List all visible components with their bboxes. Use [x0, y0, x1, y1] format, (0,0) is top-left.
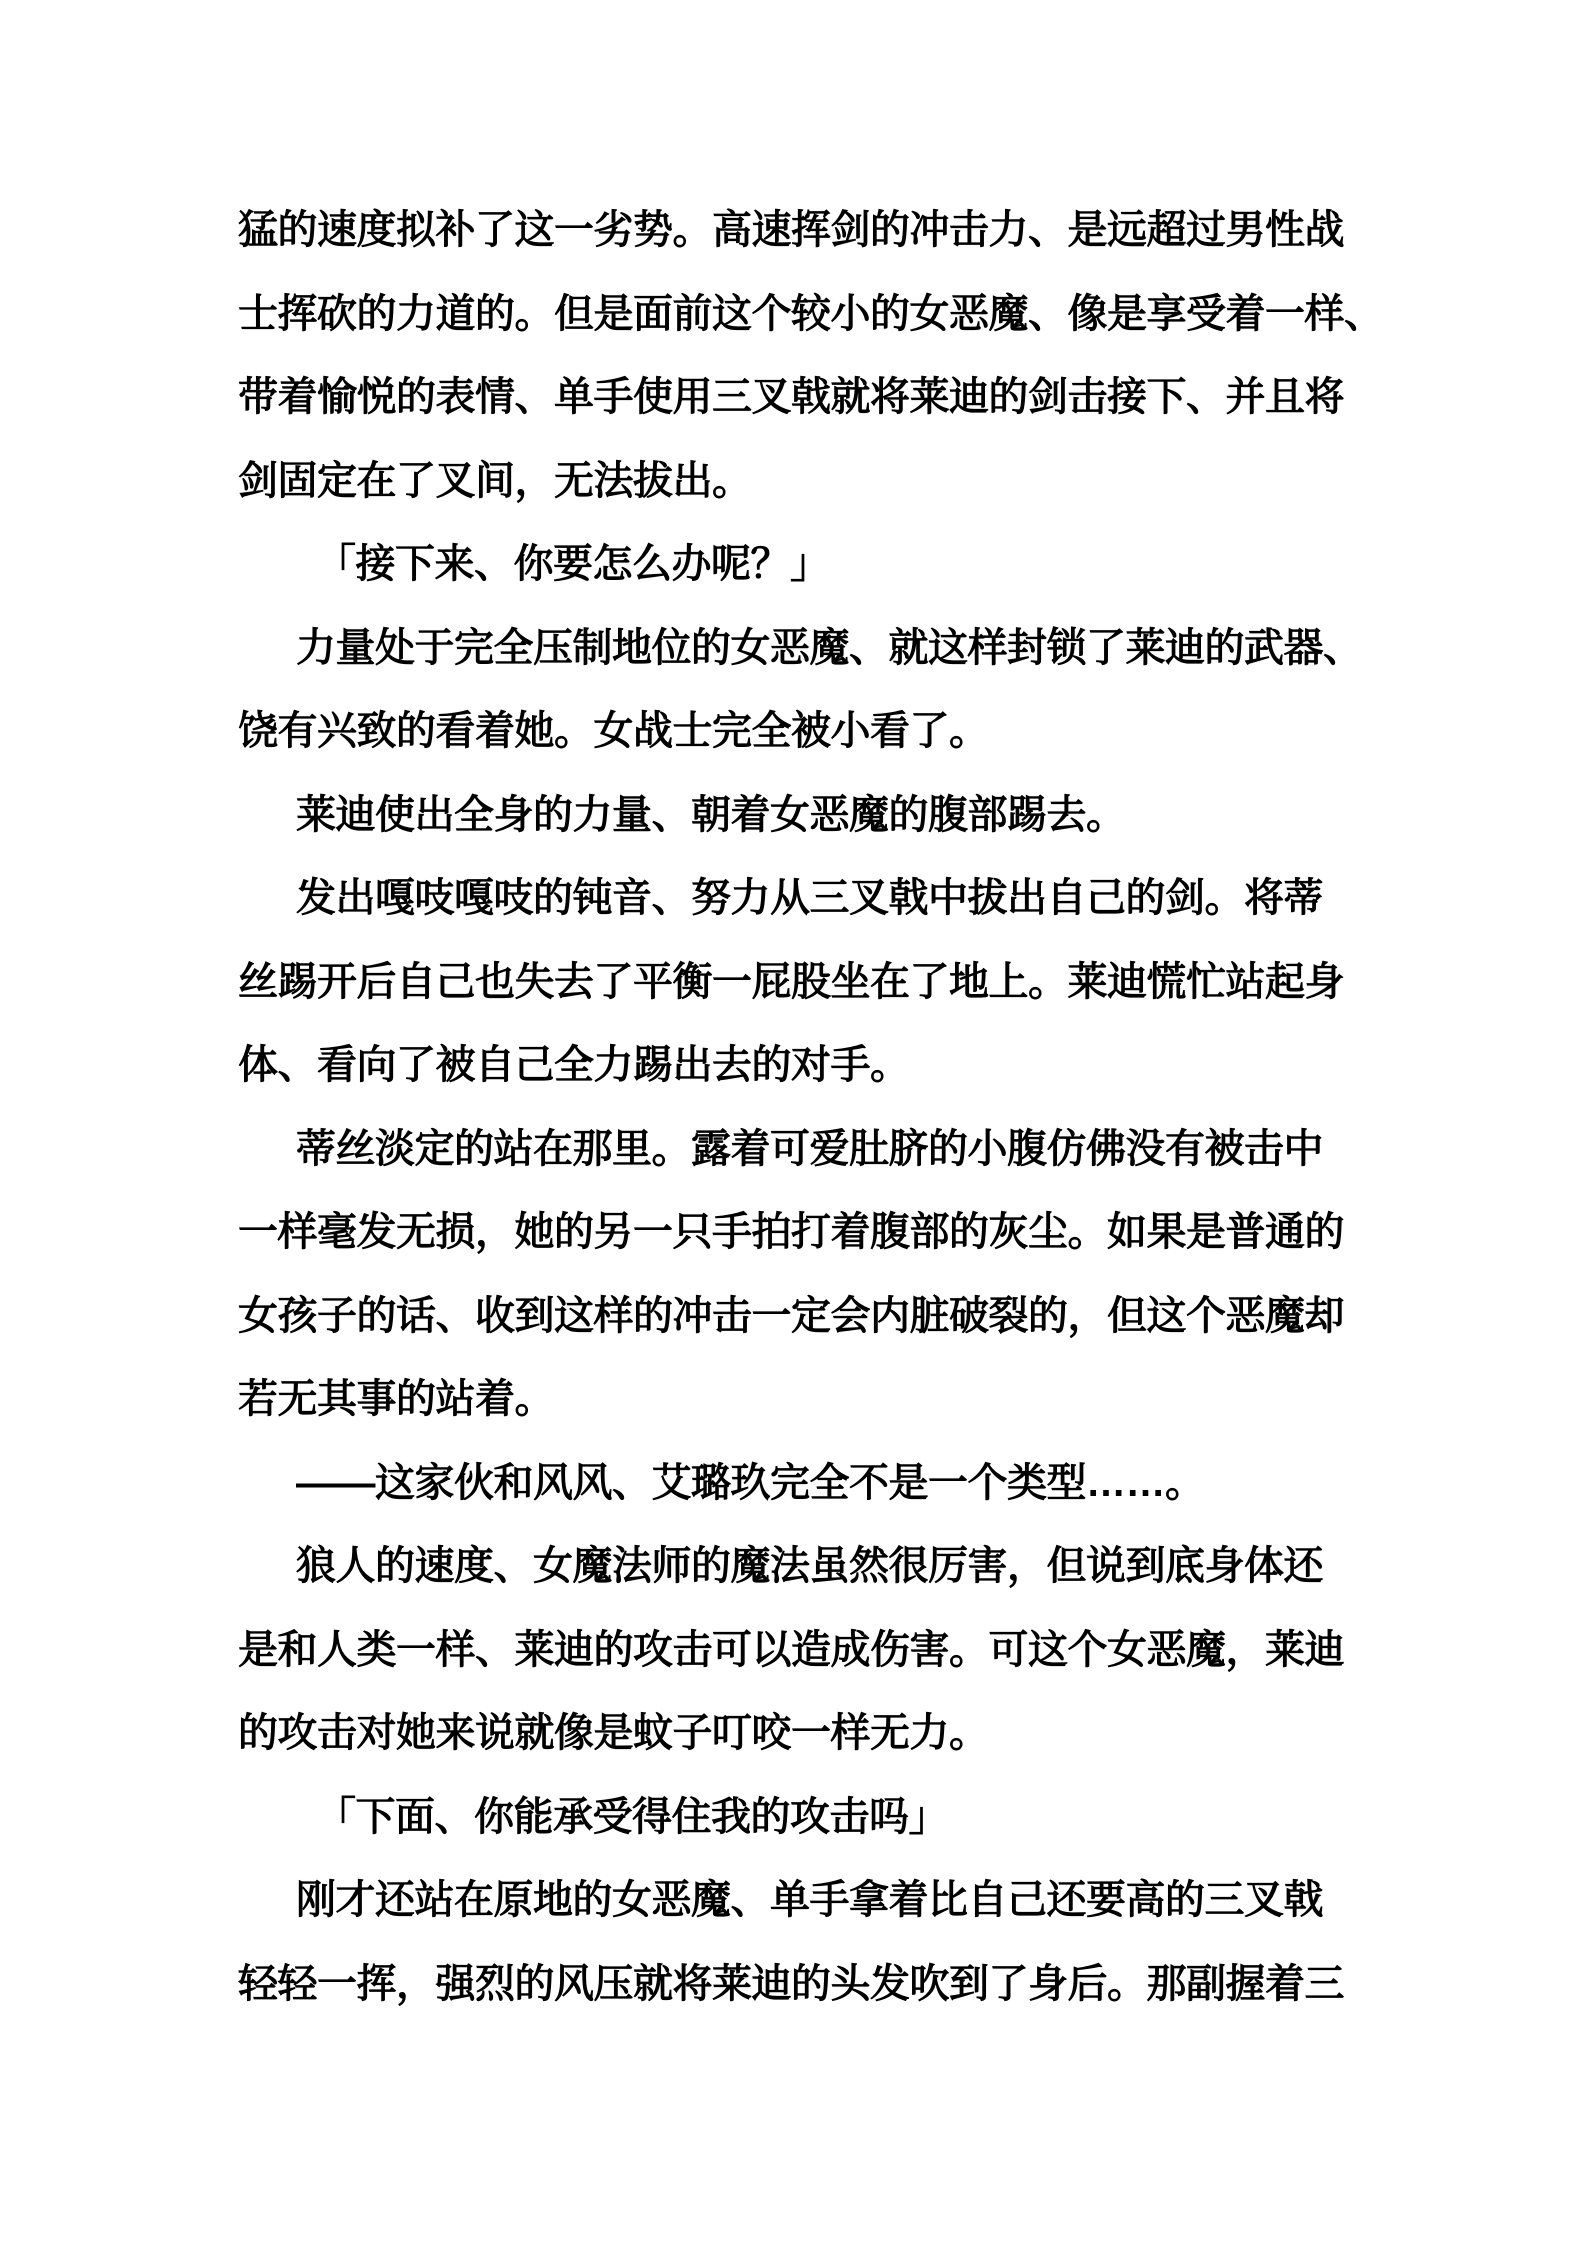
- paragraph: 「接下来、你要怎么办呢？」: [238, 523, 1350, 607]
- text-line: 蒂丝淡定的站在那里。露着可爱肚脐的小腹仿佛没有被击中: [238, 1108, 1350, 1192]
- text-line: 丝踢开后自己也失去了平衡一屁股坐在了地上。莱迪慌忙站起身: [238, 941, 1350, 1025]
- text-line: 「接下来、你要怎么办呢？」: [238, 523, 1350, 607]
- text-line: 发出嘎吱嘎吱的钝音、努力从三叉戟中拔出自己的剑。将蒂: [238, 857, 1350, 941]
- text-line: 轻轻一挥，强烈的风压就将莱迪的头发吹到了身后。那副握着三: [238, 1943, 1350, 2027]
- text-line: 的攻击对她来说就像是蚊子叮咬一样无力。: [238, 1692, 1350, 1776]
- text-line: 猛的速度拟补了这一劣势。高速挥剑的冲击力、是远超过男性战: [238, 189, 1350, 273]
- text-line: ——这家伙和风风、艾璐玖完全不是一个类型……。: [238, 1442, 1350, 1526]
- text-line: 体、看向了被自己全力踢出去的对手。: [238, 1024, 1350, 1108]
- text-line: 士挥砍的力道的。但是面前这个较小的女恶魔、像是享受着一样、: [238, 273, 1350, 357]
- text-line: 饶有兴致的看着她。女战士完全被小看了。: [238, 690, 1350, 774]
- paragraph: 莱迪使出全身的力量、朝着女恶魔的腹部踢去。: [238, 774, 1350, 858]
- document-page: 猛的速度拟补了这一劣势。高速挥剑的冲击力、是远超过男性战士挥砍的力道的。但是面前…: [0, 0, 1587, 2245]
- text-line: 力量处于完全压制地位的女恶魔、就这样封锁了莱迪的武器、: [238, 607, 1350, 691]
- text-line: 剑固定在了叉间，无法拔出。: [238, 440, 1350, 524]
- paragraph: ——这家伙和风风、艾璐玖完全不是一个类型……。: [238, 1442, 1350, 1526]
- paragraph: 刚才还站在原地的女恶魔、单手拿着比自己还要高的三叉戟轻轻一挥，强烈的风压就将莱迪…: [238, 1859, 1350, 2026]
- paragraph: 「下面、你能承受得住我的攻击吗」: [238, 1776, 1350, 1860]
- paragraph: 蒂丝淡定的站在那里。露着可爱肚脐的小腹仿佛没有被击中一样毫发无损，她的另一只手拍…: [238, 1108, 1350, 1442]
- text-line: 女孩子的话、收到这样的冲击一定会内脏破裂的，但这个恶魔却: [238, 1275, 1350, 1359]
- text-line: 莱迪使出全身的力量、朝着女恶魔的腹部踢去。: [238, 774, 1350, 858]
- paragraph: 猛的速度拟补了这一劣势。高速挥剑的冲击力、是远超过男性战士挥砍的力道的。但是面前…: [238, 189, 1350, 523]
- paragraph: 发出嘎吱嘎吱的钝音、努力从三叉戟中拔出自己的剑。将蒂丝踢开后自己也失去了平衡一屁…: [238, 857, 1350, 1108]
- text-line: 带着愉悦的表情、单手使用三叉戟就将莱迪的剑击接下、并且将: [238, 356, 1350, 440]
- text-line: 若无其事的站着。: [238, 1358, 1350, 1442]
- text-line: 一样毫发无损，她的另一只手拍打着腹部的灰尘。如果是普通的: [238, 1191, 1350, 1275]
- text-block: 猛的速度拟补了这一劣势。高速挥剑的冲击力、是远超过男性战士挥砍的力道的。但是面前…: [238, 189, 1350, 2026]
- text-line: 是和人类一样、莱迪的攻击可以造成伤害。可这个女恶魔，莱迪: [238, 1609, 1350, 1693]
- paragraph: 力量处于完全压制地位的女恶魔、就这样封锁了莱迪的武器、饶有兴致的看着她。女战士完…: [238, 607, 1350, 774]
- text-line: 「下面、你能承受得住我的攻击吗」: [238, 1776, 1350, 1860]
- paragraph: 狼人的速度、女魔法师的魔法虽然很厉害，但说到底身体还是和人类一样、莱迪的攻击可以…: [238, 1525, 1350, 1776]
- text-line: 狼人的速度、女魔法师的魔法虽然很厉害，但说到底身体还: [238, 1525, 1350, 1609]
- text-line: 刚才还站在原地的女恶魔、单手拿着比自己还要高的三叉戟: [238, 1859, 1350, 1943]
